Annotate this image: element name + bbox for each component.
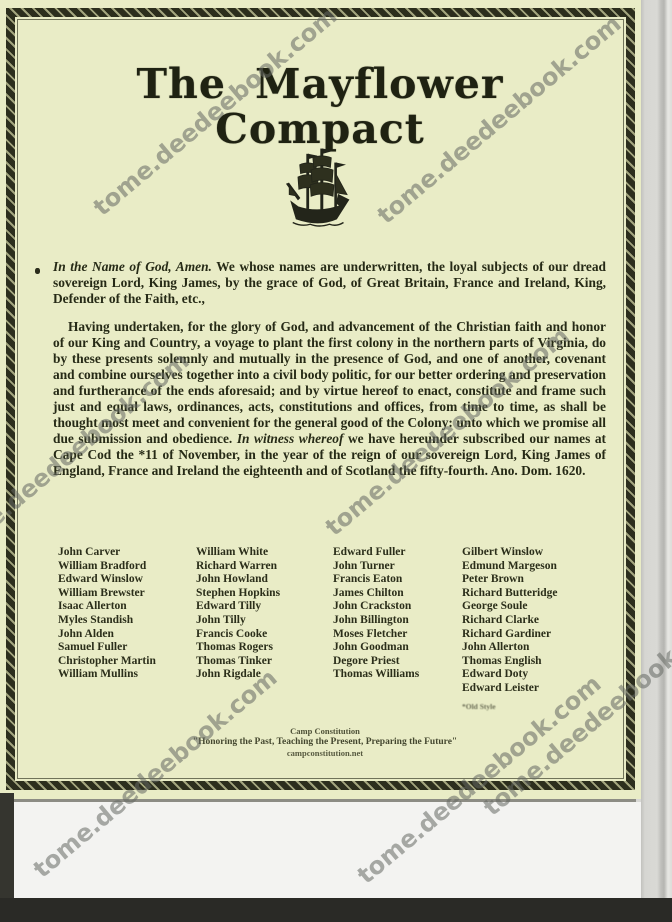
signer-name: Richard Warren <box>196 560 332 574</box>
opening-invocation: In the Name of God, Amen. <box>53 259 212 274</box>
signers-column-2: William WhiteRichard WarrenJohn HowlandS… <box>196 546 332 682</box>
signers-column-4: Gilbert WinslowEdmund MargesonPeter Brow… <box>462 546 598 696</box>
page-beneath <box>0 802 641 898</box>
signer-name: Edward Winslow <box>58 573 194 587</box>
signer-name: John Crackston <box>333 600 469 614</box>
signer-name: Isaac Allerton <box>58 600 194 614</box>
signer-name: John Goodman <box>333 641 469 655</box>
publisher-motto: "Honoring the Past, Teaching the Present… <box>160 737 490 747</box>
publisher-footer: Camp Constitution "Honoring the Past, Te… <box>160 726 490 758</box>
signer-name: Edward Tilly <box>196 600 332 614</box>
date-footnote: *Old Style <box>462 702 496 711</box>
signer-name: John Carver <box>58 546 194 560</box>
signer-name: Edward Leister <box>462 682 598 696</box>
publisher-website: campconstitution.net <box>160 748 490 758</box>
signer-name: Moses Fletcher <box>333 628 469 642</box>
signer-name: Christopher Martin <box>58 655 194 669</box>
signer-name: John Tilly <box>196 614 332 628</box>
signer-name: James Chilton <box>333 587 469 601</box>
signer-name: Edward Doty <box>462 668 598 682</box>
signer-name: George Soule <box>462 600 598 614</box>
signer-name: William Mullins <box>58 668 194 682</box>
signer-name: Thomas English <box>462 655 598 669</box>
scanned-document-photo: The Mayflower Compact <box>0 0 672 922</box>
scan-page-edge <box>641 0 672 898</box>
signer-name: John Billington <box>333 614 469 628</box>
signer-name: John Rigdale <box>196 668 332 682</box>
compact-text-1: Having undertaken, for the glory of God,… <box>53 319 606 446</box>
signer-name: Richard Gardiner <box>462 628 598 642</box>
signer-name: Stephen Hopkins <box>196 587 332 601</box>
publisher-name: Camp Constitution <box>160 726 490 736</box>
page-title: The Mayflower Compact <box>20 62 620 152</box>
signer-name: Myles Standish <box>58 614 194 628</box>
mayflower-ship-icon <box>284 140 354 235</box>
signer-name: William Bradford <box>58 560 194 574</box>
signer-name: Edmund Margeson <box>462 560 598 574</box>
signer-name: Peter Brown <box>462 573 598 587</box>
signer-name: Degore Priest <box>333 655 469 669</box>
scan-bottom-strip <box>0 898 672 922</box>
witness-phrase: In witness whereof <box>237 431 344 446</box>
signer-name: John Howland <box>196 573 332 587</box>
signer-name: Francis Eaton <box>333 573 469 587</box>
opening-paragraph: In the Name of God, Amen. We whose names… <box>53 259 606 307</box>
signer-name: Thomas Tinker <box>196 655 332 669</box>
signer-name: Richard Butteridge <box>462 587 598 601</box>
signer-name: William White <box>196 546 332 560</box>
signer-name: John Allerton <box>462 641 598 655</box>
ink-spot <box>35 268 40 274</box>
signer-name: John Alden <box>58 628 194 642</box>
signer-name: John Turner <box>333 560 469 574</box>
signer-name: Samuel Fuller <box>58 641 194 655</box>
signers-column-1: John CarverWilliam BradfordEdward Winslo… <box>58 546 194 682</box>
signers-list: John CarverWilliam BradfordEdward Winslo… <box>58 546 618 716</box>
signers-column-3: Edward FullerJohn TurnerFrancis EatonJam… <box>333 546 469 682</box>
signer-name: Thomas Rogers <box>196 641 332 655</box>
signer-name: Edward Fuller <box>333 546 469 560</box>
signer-name: Gilbert Winslow <box>462 546 598 560</box>
signer-name: Francis Cooke <box>196 628 332 642</box>
signer-name: Thomas Williams <box>333 668 469 682</box>
compact-body-paragraph: Having undertaken, for the glory of God,… <box>53 319 606 479</box>
signer-name: William Brewster <box>58 587 194 601</box>
signer-name: Richard Clarke <box>462 614 598 628</box>
